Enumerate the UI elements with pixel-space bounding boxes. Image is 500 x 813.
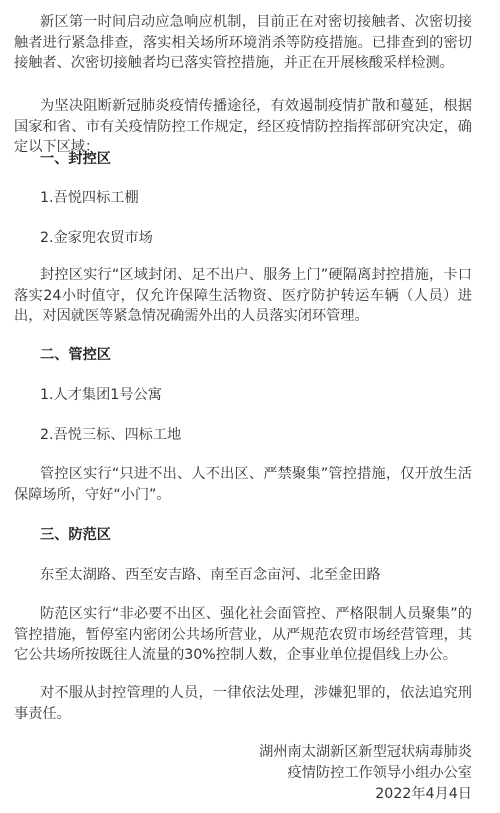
lockdown-rules-paragraph: 封控区实行“区域封闭、足不出户、服务上门”硬隔离封控措施，卡口落实24小时值守，… xyxy=(14,265,472,327)
intro-paragraph: 新区第一时间启动应急响应机制，目前正在对密切接触者、次密切接触者进行紧急排查，落… xyxy=(14,12,472,74)
control-rules-paragraph: 管控区实行“只进不出、人不出区、严禁聚集”管控措施，仅开放生活保障场所，守好“小… xyxy=(14,464,472,505)
control-item: 1.人才集团1号公寓 xyxy=(40,385,162,405)
penalty-paragraph: 对不服从封控管理的人员，一律依法处理，涉嫌犯罪的，依法追究刑事责任。 xyxy=(14,683,472,724)
signature-date: 2022年4月4日 xyxy=(375,784,472,805)
section-heading-lockdown: 一、封控区 xyxy=(40,149,111,169)
signature-issuer-line2: 疫情防控工作领导小组办公室 xyxy=(288,763,472,784)
signature-issuer-line1: 湖州南太湖新区新型冠状病毒肺炎 xyxy=(259,742,472,763)
prevention-rules-paragraph: 防范区实行“非必要不出区、强化社会面管控、严格限制人员聚集”的管控措施，暂停室内… xyxy=(14,604,472,666)
lockdown-item: 2.金家兜农贸市场 xyxy=(40,228,153,248)
control-item: 2.吾悦三标、四标工地 xyxy=(40,425,181,445)
section-heading-prevention: 三、防范区 xyxy=(40,525,111,545)
prevention-boundary: 东至太湖路、西至安吉路、南至百念亩河、北至金田路 xyxy=(40,565,381,585)
section-heading-control: 二、管控区 xyxy=(40,345,111,365)
lockdown-item: 1.吾悦四标工棚 xyxy=(40,188,139,208)
